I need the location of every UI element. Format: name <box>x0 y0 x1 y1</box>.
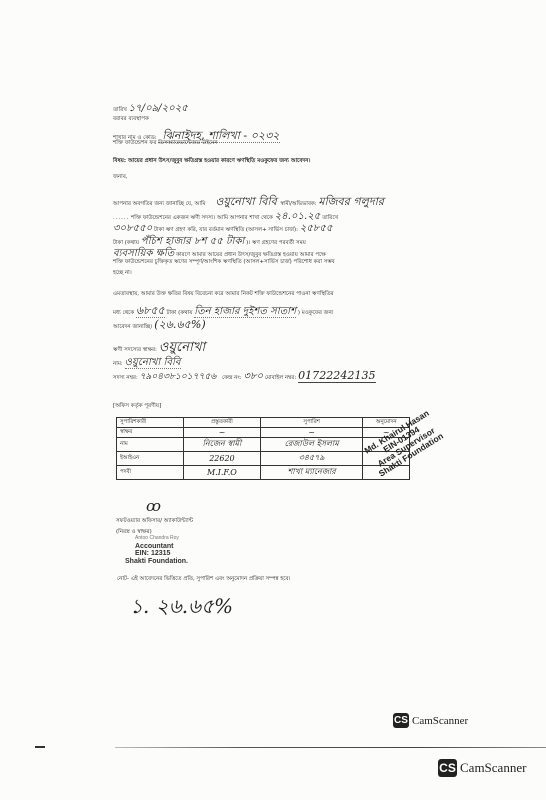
outstanding-balance: ২৫৮৫৫ <box>300 223 333 234</box>
table-cell: ~ <box>184 428 261 438</box>
table-cell: নিজেন স্বামী <box>184 438 261 452</box>
accountant-stamp: Antoo Chandra Roy Accountant EIN: 12315 … <box>135 535 188 565</box>
accountant-signature: ꝏ <box>146 497 161 515</box>
salutation: জনাব, <box>113 174 128 182</box>
final-percent: ১. ২৬.৬৫% <box>130 592 233 625</box>
org-line: শক্তি ফাউন্ডেশন ফর ডিসঅ্যাডভান্টেজড উইমে… <box>113 140 218 148</box>
mobile-number: 01722242135 <box>298 369 376 383</box>
camscanner-watermark: CSCamScanner <box>438 757 526 777</box>
table-row: পদবী M.I.F.O শাখা ম্যানেজার <box>117 466 410 480</box>
date-value: ১৭/০৯/২০২৫ <box>129 103 188 114</box>
member-no-label: সদস্য নম্বর: <box>113 375 138 381</box>
code-value: ৩৮০ <box>243 371 263 382</box>
signature-label: ঋণী সদস্যের স্বাক্ষর: <box>113 347 157 353</box>
spouse-name: মজিবর গলুদার <box>318 195 384 208</box>
member-no-value: ৭৯০৪৩৮১০১৭৭৫৬ <box>140 372 217 382</box>
row-label: নাম <box>117 438 184 452</box>
to-line: বরাবর ব্যবস্থাপক <box>113 116 149 124</box>
stamp-line: Shakti Foundation. <box>125 558 188 566</box>
camscanner-logo-icon: CS <box>438 759 457 777</box>
row-label: পদবী <box>117 466 184 480</box>
body-p2-line1: এমতাবস্থায়, আমার উক্ত ক্ষতির বিষয় বিবে… <box>113 291 334 299</box>
table-cell: 22620 <box>184 452 261 466</box>
table-cell: ৩৪৫৭৯ <box>260 452 363 466</box>
camscanner-brand: CamScanner <box>412 715 468 727</box>
scan-edge-line <box>115 747 546 748</box>
table-header-row: সুপারিশকারী প্রস্তুতকারী সুপারিশ অনুমোদন <box>117 418 410 428</box>
table-header-cell: প্রস্তুতকারী <box>184 418 261 428</box>
code-label: কেন্দ্র নং: <box>222 375 242 381</box>
table-header-cell: সুপারিশকারী <box>117 418 184 428</box>
table-cell: রেজাউল ইসলাম <box>260 438 363 452</box>
scan-mark <box>35 746 45 748</box>
camscanner-logo-icon: CS <box>393 713 409 728</box>
row-label: ইআইএন <box>117 452 184 466</box>
scanned-document-page: তারিখ ১৭/০৯/২০২৫ বরাবর ব্যবস্থাপক শাখার … <box>0 0 546 800</box>
member-signature: ওয়ুনোখা <box>159 340 206 355</box>
body-p2-line3: আবেদন জানাচ্ছি। (২৬.৬৫%) <box>113 316 206 335</box>
member-name: ওয়ুনোখা বিবি <box>215 195 277 208</box>
table-cell: শাখা ম্যানেজার <box>260 466 363 480</box>
name-label: নাম: <box>113 361 123 367</box>
stamp-line: EIN: 12315 <box>135 550 188 558</box>
table-cell: M.I.F.O <box>184 466 261 480</box>
stamp-line: Antoo Chandra Roy <box>135 535 188 543</box>
body-p1-line7: হচ্ছে না। <box>113 270 132 278</box>
body-p2-end: ) মওকুফের জন্য <box>298 310 333 316</box>
waiver-in-words: তিন হাজার দুইশত সাতাশ <box>194 306 296 318</box>
loss-reason: ব্যবসায়িক ক্ষতি <box>113 248 174 259</box>
camscanner-watermark: CSCamScanner <box>393 710 468 729</box>
stamp-line: Accountant <box>135 543 188 551</box>
subject-line: বিষয়: আয়ের প্রধান উৎস/জুবুব ক্ষতিগ্রস্… <box>113 158 311 166</box>
member-name-written: ওয়ুনোখা বিবি <box>125 357 181 369</box>
mobile-label: মোবাইল নম্বর: <box>265 375 296 381</box>
body-p2-line3-text: আবেদন জানাচ্ছি। <box>113 324 152 330</box>
loan-amount: ৩০৮৫৫০ <box>113 223 152 234</box>
spouse-label: স্বামী/অভিভাবক: <box>281 201 317 207</box>
table-cell: ~ <box>260 428 363 438</box>
body-p1-prefix: আপনার অবগতির জন্য জানাচ্ছি যে, আমি <box>113 201 205 207</box>
table-row: স্বাক্ষর ~ ~ ~ <box>117 428 410 438</box>
body-p1-line6: শক্তি ফাউন্ডেশনের চুক্তিকৃত ঋণের সম্পূর্… <box>113 259 335 267</box>
waiver-percent: (২৬.৬৫%) <box>154 318 206 331</box>
office-section-label: [অফিস কর্তৃক পূরণীয়] <box>113 403 161 411</box>
note-line: নোট- এই আবেদনের ভিত্তিতে প্রতি, সুপারিশ … <box>117 576 291 584</box>
body-p1-line5-text: কারণে আমার আয়ের প্রধান উৎস/জুবুব ক্ষতিগ… <box>176 252 326 258</box>
date-label: তারিখ <box>113 107 127 113</box>
body-p1-line3-text: টাকা ঋণ গ্রহণ করি, যার বর্তমান ঋণস্থিতি … <box>154 227 298 233</box>
camscanner-brand: CamScanner <box>460 760 526 775</box>
row-label: স্বাক্ষর <box>117 428 184 438</box>
member-id-line: সদস্য নম্বর: ৭৯০৪৩৮১০১৭৭৫৬ কেন্দ্র নং: ৩… <box>113 369 376 386</box>
table-header-cell: সুপারিশ <box>260 418 363 428</box>
accountant-title: সফটওয়্যার অফিসার/ অ্যাকাউন্ট্যান্ট <box>116 518 193 526</box>
